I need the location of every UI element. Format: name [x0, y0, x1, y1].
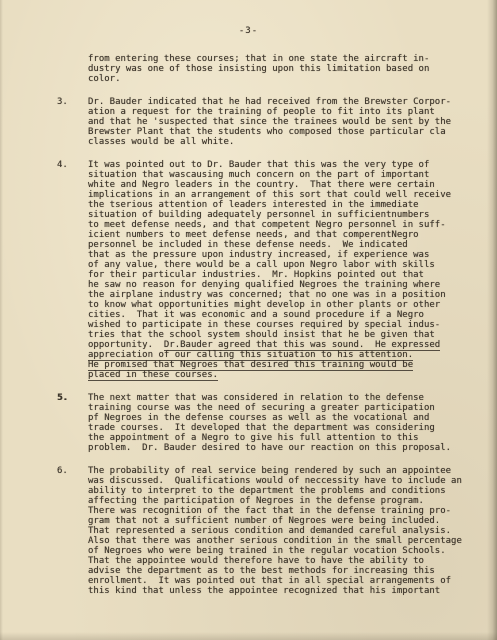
- text-line: and that he 'suspected that since the tr…: [88, 117, 451, 127]
- text-line: to know what opportunities might develop…: [88, 300, 451, 310]
- text-line: That the appointee would therefore have …: [88, 556, 462, 566]
- text-line: tries that the school system should insi…: [88, 330, 451, 340]
- paragraph-continuation: from entering these courses; that in one…: [88, 54, 471, 84]
- text-line: The next matter that was considered in r…: [88, 393, 451, 403]
- document-item-3: 3.Dr. Bauder indicated that he had recei…: [57, 97, 471, 147]
- item-number: 4.: [57, 160, 88, 380]
- text-line: opportunity. Dr.Bauder agreed that this …: [88, 340, 451, 350]
- text-line: was discussed. Qualifications would of n…: [88, 476, 462, 486]
- document-item-6: 6.The probability of real service being …: [57, 466, 471, 596]
- text-line: He promised that Negroes that desired th…: [88, 360, 451, 370]
- text-line: affecting the participation of Negroes i…: [88, 496, 462, 506]
- document-body: from entering these courses; that in one…: [57, 54, 471, 609]
- document-item-5: 5.The next matter that was considered in…: [57, 393, 471, 453]
- text-line: wished to participate in these courses r…: [88, 320, 451, 330]
- text-line: the tserious attention of leaders intere…: [88, 200, 451, 210]
- item-number: 5.: [57, 393, 88, 453]
- paper-edge-shadow-left: [0, 0, 3, 640]
- text-line: the appointment of a Negro to give his f…: [88, 433, 451, 443]
- text-line: from entering these courses; that in one…: [88, 54, 471, 64]
- text-line: this kind that unless the appointee reco…: [88, 586, 462, 596]
- text-line: implications in an arrangement of this s…: [88, 190, 451, 200]
- text-line: Also that there was another serious cond…: [88, 536, 462, 546]
- text-line: pf Negroes in the defense courses as wel…: [88, 413, 451, 423]
- text-line: appreciation of our calling this situati…: [88, 350, 451, 360]
- text-line: white and Negro leaders in the country. …: [88, 180, 451, 190]
- text-line: ability to interpret to the department t…: [88, 486, 462, 496]
- text-line: training course was the need of securing…: [88, 403, 451, 413]
- page-number: -3-: [0, 26, 497, 36]
- text-line: of any value, there would be a call upon…: [88, 260, 451, 270]
- item-number: 6.: [57, 466, 88, 596]
- text-line: Brewster Plant that the students who com…: [88, 127, 451, 137]
- document-item-4: 4.It was pointed out to Dr. Bauder that …: [57, 160, 471, 380]
- text-line: It was pointed out to Dr. Bauder that th…: [88, 160, 451, 170]
- text-line: situation that wascausing much concern o…: [88, 170, 451, 180]
- text-line: Dr. Bauder indicated that he had receive…: [88, 97, 451, 107]
- text-line: for their particular industries. Mr. Hop…: [88, 270, 451, 280]
- text-line: the airplane industry was concerned; tha…: [88, 290, 451, 300]
- text-line: ation a request for the training of peop…: [88, 107, 451, 117]
- text-line: that as the pressure upon industry incre…: [88, 250, 451, 260]
- text-line: classes would be all white.: [88, 137, 451, 147]
- text-line: That represented a serious condition and…: [88, 526, 462, 536]
- text-line: There was recognition of the fact that i…: [88, 506, 462, 516]
- text-line: placed in these courses.: [88, 370, 451, 380]
- text-line: to meet defense needs, and that competen…: [88, 220, 451, 230]
- text-line: situation of building adequately personn…: [88, 210, 451, 220]
- text-line: gram that not a sufficient number of Neg…: [88, 516, 462, 526]
- item-text: It was pointed out to Dr. Bauder that th…: [88, 160, 451, 380]
- text-line: of Negroes who were being trained in the…: [88, 546, 462, 556]
- text-line: cities. That it was economic and a sound…: [88, 310, 451, 320]
- text-line: he saw no reason for denying qualified N…: [88, 280, 451, 290]
- text-line: advise the department as to the best met…: [88, 566, 462, 576]
- text-line: trade courses. It developed that the dep…: [88, 423, 451, 433]
- text-line: icient numbers to meet defense needs, an…: [88, 230, 451, 240]
- paper-edge-shadow-right: [487, 0, 497, 640]
- text-line: dustry was one of those insisting upon t…: [88, 64, 471, 74]
- item-text: Dr. Bauder indicated that he had receive…: [88, 97, 451, 147]
- text-line: The probability of real service being re…: [88, 466, 462, 476]
- text-line: personnel be included in these defense n…: [88, 240, 451, 250]
- text-line: problem. Dr. Bauder desired to have our …: [88, 443, 451, 453]
- text-line: color.: [88, 74, 471, 84]
- text-line: enrollment. It was pointed out that in a…: [88, 576, 462, 586]
- item-text: The probability of real service being re…: [88, 466, 462, 596]
- item-text: The next matter that was considered in r…: [88, 393, 451, 453]
- item-number: 3.: [57, 97, 88, 147]
- underlined-text: placed in these courses.: [88, 370, 218, 381]
- scanned-document-page: { "page": { "number_label": "-3-", "pape…: [0, 0, 497, 640]
- paper-edge-shadow-bottom: [0, 632, 497, 640]
